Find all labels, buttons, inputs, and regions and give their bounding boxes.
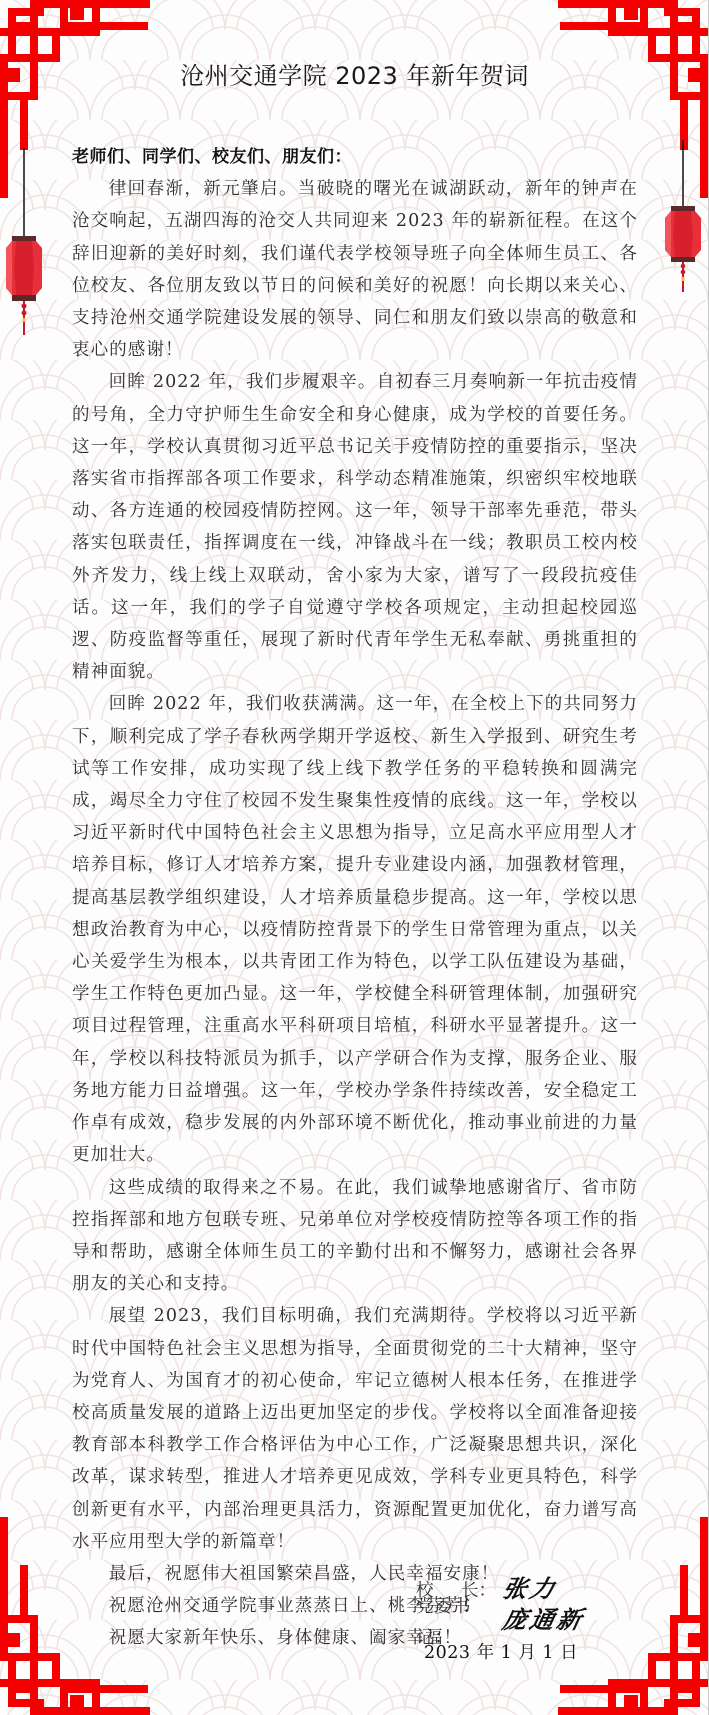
paragraph-achievements-2022: 回眸 2022 年，我们收获满满。这一年，在全校上下的共同努力下，顺利完成了学子…: [72, 688, 638, 1171]
red-lantern-icon-left: [2, 0, 42, 340]
president-handwritten-signature: 张力: [500, 1573, 561, 1604]
paragraph-hardships-2022: 回眸 2022 年，我们步履艰辛。自初春三月奏响新一年抗击疫情的号角，全力守护师…: [72, 366, 638, 688]
paragraph-greeting: 律回春渐，新元肇启。当破晓的曙光在诚湖跃动，新年的钟声在沧交响起，五湖四海的沧交…: [72, 173, 638, 366]
secretary-signature-row: 党委书记： 庞通新: [416, 1607, 584, 1638]
paragraph-outlook-2023: 展望 2023，我们目标明确，我们充满期待。学校将以习近平新时代中国特色社会主义…: [72, 1300, 638, 1558]
letter-body: 老师们、同学们、校友们、朋友们： 律回春渐，新元肇启。当破晓的曙光在诚湖跃动，新…: [72, 141, 638, 1655]
red-lantern-icon-right: [663, 0, 703, 340]
paragraph-thanks: 这些成绩的取得来之不易。在此，我们诚挚地感谢省厅、省市防控指挥部和地方包联专班、…: [72, 1172, 638, 1301]
secretary-handwritten-signature: 庞通新: [500, 1604, 588, 1635]
signature-block: 校 长： 张力 党委书记： 庞通新 2023 年 1 月 1 日: [416, 1576, 584, 1669]
page-title: 沧州交通学院 2023 年新年贺词: [0, 56, 709, 91]
letter-date: 2023 年 1 月 1 日: [416, 1638, 584, 1669]
salutation: 老师们、同学们、校友们、朋友们：: [72, 141, 638, 173]
